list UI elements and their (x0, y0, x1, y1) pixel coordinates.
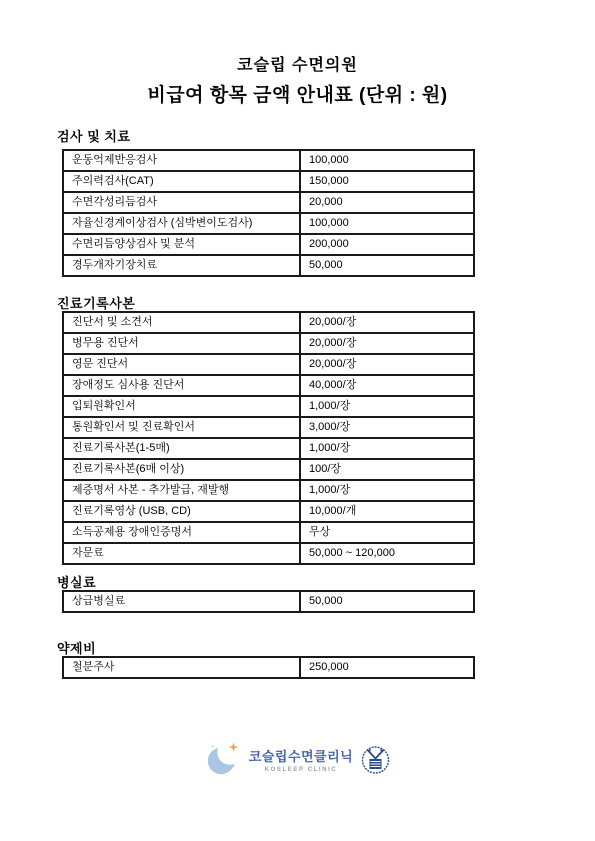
table-row: 진료기록사본(1-5매) 1,000/장 (63, 438, 474, 459)
table-row: 소득공제용 장애인증명서 무상 (63, 522, 474, 543)
fee-table-room: 상급병실료 50,000 (62, 590, 475, 613)
table-row: 철분주사 250,000 (63, 657, 474, 678)
price-cell: 50,000 (300, 591, 474, 612)
item-cell: 영문 진단서 (63, 354, 300, 375)
item-cell: 통원확인서 및 진료확인서 (63, 417, 300, 438)
item-cell: 소득공제용 장애인증명서 (63, 522, 300, 543)
section-heading-medication: 약제비 (57, 638, 96, 657)
section-heading-room: 병실료 (57, 572, 96, 591)
table-row: 경두개자기장치료 50,000 (63, 255, 474, 276)
item-cell: 제증명서 사본 - 추가발급, 재발행 (63, 480, 300, 501)
table-row: 진단서 및 소견서 20,000/장 (63, 312, 474, 333)
item-cell: 수면각성리듬검사 (63, 192, 300, 213)
table-row: 장애정도 심사용 진단서 40,000/장 (63, 375, 474, 396)
item-cell: 자문료 (63, 543, 300, 564)
table-row: 상급병실료 50,000 (63, 591, 474, 612)
item-cell: 상급병실료 (63, 591, 300, 612)
price-cell: 1,000/장 (300, 396, 474, 417)
price-cell: 50,000 ~ 120,000 (300, 543, 474, 564)
price-cell: 20,000 (300, 192, 474, 213)
item-cell: 자율신경계이상검사 (심박변이도검사) (63, 213, 300, 234)
price-cell: 10,000/개 (300, 501, 474, 522)
section-heading-records: 진료기록사본 (57, 293, 135, 312)
table-row: 자율신경계이상검사 (심박변이도검사) 100,000 (63, 213, 474, 234)
clinic-name-korean: 코슬립수면클리닉 (249, 746, 353, 765)
table-row: 자문료 50,000 ~ 120,000 (63, 543, 474, 564)
price-cell: 20,000/장 (300, 333, 474, 354)
item-cell: 병무용 진단서 (63, 333, 300, 354)
section-heading-tests: 검사 및 치료 (57, 126, 131, 145)
clinic-name-block: 코슬립수면클리닉 KOSLEEP CLINIC (249, 746, 353, 773)
price-cell: 150,000 (300, 171, 474, 192)
price-cell: 1,000/장 (300, 438, 474, 459)
star-icon (228, 742, 238, 752)
price-cell: 1,000/장 (300, 480, 474, 501)
price-cell: 3,000/장 (300, 417, 474, 438)
price-cell: 20,000/장 (300, 312, 474, 333)
item-cell: 진료기록사본(1-5매) (63, 438, 300, 459)
crescent-moon-icon (204, 740, 242, 778)
table-row: 수면리듬양상검사 및 분석 200,000 (63, 234, 474, 255)
clinic-seal-icon (360, 743, 391, 776)
fee-table-records: 진단서 및 소견서 20,000/장 병무용 진단서 20,000/장 영문 진… (62, 311, 475, 565)
table-row: 통원확인서 및 진료확인서 3,000/장 (63, 417, 474, 438)
price-cell: 50,000 (300, 255, 474, 276)
item-cell: 주의력검사(CAT) (63, 171, 300, 192)
table-row: 병무용 진단서 20,000/장 (63, 333, 474, 354)
item-cell: 경두개자기장치료 (63, 255, 300, 276)
clinic-name-english: KOSLEEP CLINIC (249, 767, 353, 773)
item-cell: 운동억제반응검사 (63, 150, 300, 171)
page-title: 코슬립 수면의원 (0, 52, 595, 75)
item-cell: 수면리듬양상검사 및 분석 (63, 234, 300, 255)
table-row: 운동억제반응검사 100,000 (63, 150, 474, 171)
page-subtitle: 비급여 항목 금액 안내표 (단위 : 원) (0, 80, 595, 107)
item-cell: 철분주사 (63, 657, 300, 678)
item-cell: 진료기록사본(6매 이상) (63, 459, 300, 480)
item-cell: 입퇴원확인서 (63, 396, 300, 417)
fee-table-medication: 철분주사 250,000 (62, 656, 475, 679)
item-cell: 진료기록영상 (USB, CD) (63, 501, 300, 522)
price-cell: 200,000 (300, 234, 474, 255)
price-cell: 20,000/장 (300, 354, 474, 375)
document-page: 코슬립 수면의원 비급여 항목 금액 안내표 (단위 : 원) 검사 및 치료 … (0, 0, 595, 841)
table-row: 주의력검사(CAT) 150,000 (63, 171, 474, 192)
price-cell: 250,000 (300, 657, 474, 678)
item-cell: 장애정도 심사용 진단서 (63, 375, 300, 396)
price-cell: 100/장 (300, 459, 474, 480)
price-cell: 40,000/장 (300, 375, 474, 396)
price-cell: 100,000 (300, 150, 474, 171)
table-row: 제증명서 사본 - 추가발급, 재발행 1,000/장 (63, 480, 474, 501)
table-row: 진료기록영상 (USB, CD) 10,000/개 (63, 501, 474, 522)
table-row: 영문 진단서 20,000/장 (63, 354, 474, 375)
table-row: 진료기록사본(6매 이상) 100/장 (63, 459, 474, 480)
footer-logo: 코슬립수면클리닉 KOSLEEP CLINIC (0, 740, 595, 778)
fee-table-tests: 운동억제반응검사 100,000 주의력검사(CAT) 150,000 수면각성… (62, 149, 475, 277)
table-row: 입퇴원확인서 1,000/장 (63, 396, 474, 417)
item-cell: 진단서 및 소견서 (63, 312, 300, 333)
table-row: 수면각성리듬검사 20,000 (63, 192, 474, 213)
price-cell: 무상 (300, 522, 474, 543)
price-cell: 100,000 (300, 213, 474, 234)
